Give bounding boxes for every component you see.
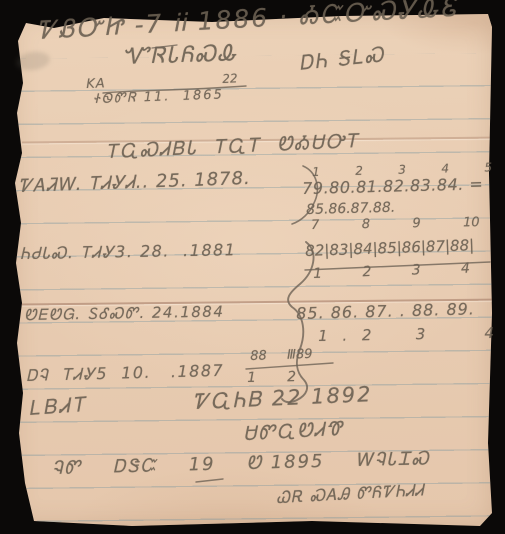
row4-years-top: 88 Ⅲ89: [250, 348, 313, 363]
row2-label: ᏂᏧᏓᏍ. ᎢᏗᎽ3. 28. .1881: [20, 242, 237, 262]
row3-years: 85. 86. 87. . 88. 89.: [296, 301, 475, 322]
row1-years-a: 79.80.81.82.83.84. =: [302, 176, 484, 197]
manuscript-photo: ᏤᏰᏅᏥ -7 ᎥᎥ 1886 · ᎣᏨᏅᏍᎽᎲᏋ ᏉᏒᏓᏲᏍᎲ ᎠᏂ ᎦᏞᏍ …: [0, 0, 505, 534]
row4-counters: 1 2: [247, 370, 296, 385]
signature-block-left: ᏞᏴᏗᎢ: [28, 394, 88, 418]
handwriting-ka-label: KA: [86, 77, 106, 91]
row3-counters: 1 . 2 3 4 · 5 .: [318, 325, 505, 344]
row1-years-b: 85.86.87.88.: [306, 201, 395, 217]
handwriting-ka-number: 22: [222, 72, 238, 85]
row1-counters-bottom: 7 8 9 10: [311, 216, 480, 232]
row3-label: ᏬᎬᏬᏀ. ᏚᎴᏍᏛ. 24.1884: [24, 305, 225, 323]
signature-name-1: ᏌᏛᏩᏬᏗᏡ: [243, 420, 345, 444]
handwriting-subtitle-left: ᏉᏒᏓᏲᏍᎲ: [122, 43, 239, 69]
